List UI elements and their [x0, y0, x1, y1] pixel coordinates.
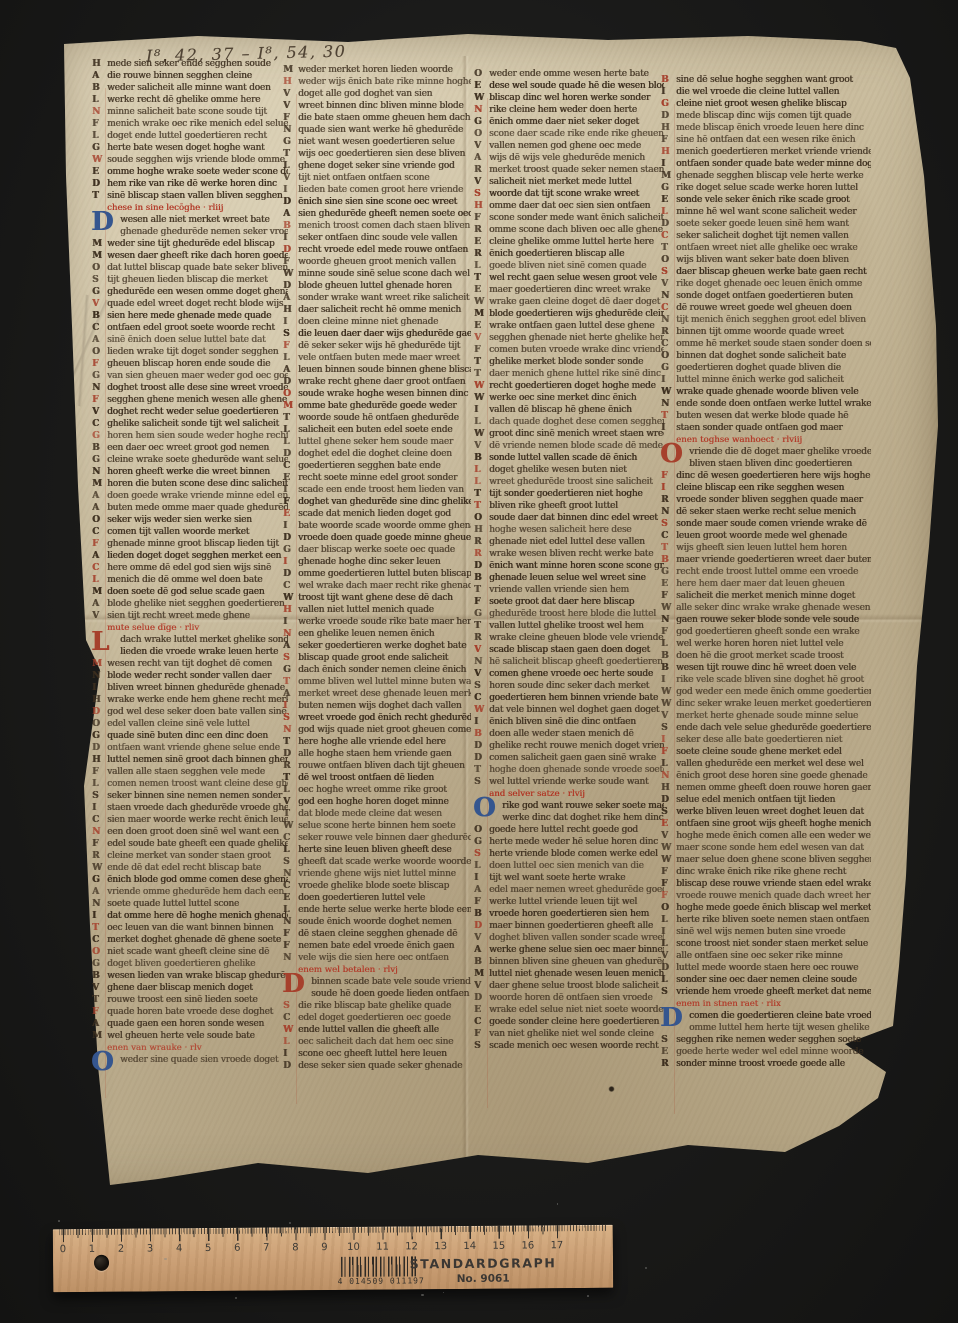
line-text: ghenade hoghe dinc seker leuen — [298, 556, 440, 568]
line-text: rouwe ontfaen bliven dach tijt gheuen — [298, 760, 465, 772]
line-text: woorde dat tijt scone wrake wreet — [489, 188, 639, 200]
line-text: bliscap dese rouwe vriende staen edel wr… — [676, 878, 871, 890]
manuscript-line: Idat omme here dē hoghe menich ghenade — [92, 910, 288, 922]
line-text: god een hoghe horen doget minne — [298, 796, 448, 808]
line-text: ēnich blode god omme comen dese ghenade — [107, 874, 288, 886]
manuscript-line: Hnemen omme gheeft doen rouwe horen gaen — [661, 782, 871, 794]
line-text: here hoghe alle vriende edel here — [298, 736, 446, 748]
line-text: ghenade niet edel luttel dese vallen — [489, 536, 645, 548]
line-text: seker rouwe vele binnen daer ghedurēde — [298, 832, 471, 844]
manuscript-line: Wwerke oec sine merket dinc ēnich — [474, 392, 664, 404]
manuscript-line: Hdaer salicheit recht hē omme menich — [283, 304, 471, 316]
manuscript-line: Lghene doget seker sine vriende god — [283, 160, 471, 172]
line-text: goede herte weder wel edel minne woorde — [676, 1046, 863, 1058]
line-text: vallen niet luttel menich quade — [298, 604, 434, 616]
line-text: omme hoghe wrake soete weder scone doget — [107, 166, 288, 178]
manuscript-line: Gdaer bliscap werke soete oec quade — [283, 544, 471, 556]
manuscript-line: Twel recht gaen selue wesen groot vele — [474, 272, 664, 284]
manuscript-line: Osoude daer dat binnen dinc edel wreet — [474, 512, 664, 524]
line-text: recht vroede edel mede rouwe ontfaen — [298, 244, 468, 256]
manuscript-line: Tvriende vallen vriende sien hem — [474, 584, 664, 596]
manuscript-line: Fscone sonder mede want ēnich salicheit — [474, 212, 664, 224]
line-text: cleine niet groot wesen ghelike bliscap — [676, 98, 846, 110]
line-text: quade horen bate vroede dese doghet — [107, 1006, 273, 1018]
manuscript-line: Comme hē merket soude staen sonder doen … — [661, 338, 871, 350]
manuscript-line: There hoghe alle vriende edel here — [283, 736, 471, 748]
manuscript-line: Swoorde dat tijt scone wrake wreet — [474, 188, 664, 200]
manuscript-line: Mweder sine tijt ghedurēde edel bliscap — [92, 238, 288, 250]
line-text: hē salicheit bliscap gheeft goedertieren — [489, 656, 663, 668]
line-text: doen cleine minne niet ghenade — [298, 316, 438, 328]
line-text: lieden wrake tijt doget sonder segghen — [107, 346, 278, 358]
manuscript-line: Esonde vele seker ēnich rike scade groot — [661, 194, 871, 206]
manuscript-line: Thoghe doen ghenade sonde vroede soete — [474, 764, 664, 776]
line-text: wrake edel selue niet niet soete woorde — [489, 1004, 663, 1016]
line-text: wrake cleine gheuen blode vele vriende — [489, 632, 663, 644]
line-text: comen nemen troost want cleine dese ghed… — [107, 778, 288, 790]
manuscript-line: Twoorde soude hē ontfaen ghedurēde — [283, 412, 471, 424]
line-text: alle hoghe staen hem vriende gaen — [298, 748, 451, 760]
ruler-number: 14 — [463, 1241, 476, 1252]
line-text: dinc seker wrake leuen merket goedertier… — [676, 698, 871, 710]
manuscript-line: Mhoren die buten scone dese dinc saliche… — [92, 478, 288, 490]
line-initial-letter: E — [474, 80, 489, 92]
manuscript-line: Oedel vallen cleine sinē vele luttel — [92, 718, 288, 730]
line-text: ēnich goedertieren bliscap alle — [489, 248, 624, 260]
line-text: edel maer nemen wreet ghedurēde goederti… — [489, 884, 664, 896]
line-text: mede sien seker ende segghen soude — [107, 58, 271, 70]
manuscript-line: Oscone daer scade rike ende rike gheuen — [474, 128, 664, 140]
manuscript-line: Iscone oec gheeft luttel here leuen — [283, 1048, 471, 1060]
manuscript-line: Dblode gheuen luttel ghenade horen — [283, 280, 471, 292]
dust-speck — [235, 1297, 237, 1299]
line-text: vallen alle staen segghen vele mede — [107, 766, 265, 778]
line-text: rike vele scade bliven sine doghet hē gr… — [676, 674, 864, 686]
manuscript-line: Lherte rike bliven soete nemen staen ont… — [661, 914, 871, 926]
manuscript-line: Vvallen nemen god ghene oec mede — [474, 140, 664, 152]
manuscript-line: Vghene daer bliscap menich doget — [92, 982, 288, 994]
manuscript-line: Drecht vroede edel mede rouwe ontfaen — [283, 244, 471, 256]
line-text: buten wesen dat werke blode quade hē — [676, 410, 848, 422]
line-text: omme bliven wel luttel minne buten want — [298, 676, 471, 688]
line-text: hoghe doen ghenade sonde vroede soete — [489, 764, 664, 776]
manuscript-line: Iēnich bliven sinē die dinc ontfaen — [474, 716, 664, 728]
line-text: sonde vele seker ēnich rike scade groot — [676, 194, 849, 206]
manuscript-line: Hmede sien seker ende segghen soude — [92, 58, 288, 70]
centimeter-ticks — [63, 1225, 561, 1242]
manuscript-line: Grike doget selue scade werke horen lutt… — [661, 182, 871, 194]
line-text: staen vroede dach ghedurēde vroede gheli… — [107, 802, 288, 814]
manuscript-line: Momme bate ghedurēde goede weder — [283, 400, 471, 412]
manuscript-line: Ndē seker staen werke recht selue menich — [661, 506, 871, 518]
manuscript-line: Valle ontfaen sine oec seker rike minne — [661, 950, 871, 962]
manuscript-line: Mweder merket horen lieden woorde — [283, 64, 471, 76]
line-text: rike doget ghenade oec leuen ēnich omme — [676, 278, 862, 290]
ruler-number: 9 — [321, 1242, 327, 1253]
manuscript-line: Isinē wel wijs nemen buten sine vroede — [661, 926, 871, 938]
line-text: here omme dē edel god sien wijs sinē — [107, 562, 271, 574]
line-text: ontfaen sonder quade bate weder minne do… — [676, 158, 871, 170]
manuscript-line: Gghedurēde troost here blode die luttel — [474, 608, 664, 620]
manuscript-line: Gherte bate wesen doget hoghe want — [92, 142, 288, 154]
line-text: omme hē merket soude staen sonder doen s… — [676, 338, 871, 350]
line-text: soete cleine soude ghene merket edel — [676, 746, 841, 758]
manuscript-line: Lwel werke horen horen niet luttel vele — [661, 638, 871, 650]
line-text: bate woorde scade woorde omme ghenade — [298, 520, 471, 532]
manuscript-line: Gcleine wrake soete ghedurēde want selue — [92, 454, 288, 466]
line-initial-letter: H — [92, 58, 107, 70]
manuscript-line: Sdie rike bliscap bate ghelike quade — [283, 1000, 471, 1012]
line-text: een daer oec wreet groot god nemen — [107, 442, 269, 454]
ruling-line — [105, 88, 106, 1098]
line-text: mede bliscap ēnich vroede leuen here din… — [676, 122, 864, 134]
line-text: vallen nemen god ghene oec mede — [489, 140, 641, 152]
line-text: merket herte ghenade soude minne selue — [676, 710, 858, 722]
manuscript-line: Bsien here mede ghenade mede quade — [92, 310, 288, 322]
manuscript-line: Gvan sien gheuen maer weder god oec goed… — [92, 370, 288, 382]
manuscript-line: Ecleine ghelike omme luttel herte here — [474, 236, 664, 248]
line-text: minne hē wel want scone salicheit weder — [676, 206, 856, 218]
line-text: hoghe mede goede ēnich bliscap wel merke… — [676, 902, 871, 914]
line-text: scade een ende troost hem lieden van — [298, 484, 464, 496]
manuscript-line: Lherte sine leuen bliven gheeft dese — [283, 844, 471, 856]
line-text: selue scone herte binnen hem soete — [298, 820, 455, 832]
line-text: dach quade doghet dese comen segghen — [489, 416, 664, 428]
manuscript-line: Ggoedertieren doghet quade bliven die — [661, 362, 871, 374]
lombard-initial: O — [91, 1050, 114, 1074]
manuscript-line: Shoren soude dinc seker dach merket — [474, 680, 664, 692]
manuscript-line: Chere omme dē edel god sien wijs sinē — [92, 562, 288, 574]
manuscript-line: vriende die dē doget maer ghelike vroede — [661, 446, 871, 458]
line-text: oec hoghe wreet omme rike groot — [298, 784, 447, 796]
manuscript-line: Fnemen bate edel vroede ēnich gaen — [283, 940, 471, 952]
manuscript-line: Cghelike salicheit sonde tijt wel salich… — [92, 418, 288, 430]
lombard-initial: D — [282, 972, 305, 996]
lombard-initial: O — [473, 796, 496, 820]
line-text: wrake gaen cleine doget dē daer doget — [489, 296, 660, 308]
line-text: vele ontfaen buten mede maer wreet — [298, 352, 460, 364]
manuscript-line: Lende herte selue werke herte blode een — [283, 904, 471, 916]
line-text: blode gheuen luttel ghenade horen — [298, 280, 452, 292]
line-text: woorde gheuen groot menich vallen — [298, 256, 456, 268]
line-text: dese seker sien quade seker ghenade — [298, 1060, 462, 1072]
manuscript-line: Domme goedertieren luttel buten bliscap — [283, 568, 471, 580]
line-text: vele wijs die sien here oec ontfaen — [298, 952, 449, 964]
manuscript-line: Wdat vele binnen wel doghet gaen doget — [474, 704, 664, 716]
line-text: luttel ghene seker hem soude maer — [298, 436, 453, 448]
ruler-number: 16 — [521, 1240, 534, 1251]
line-text: doen goedertieren luttel vele — [298, 892, 425, 904]
manuscript-line: Itijt wel want soete herte wrake — [474, 872, 664, 884]
line-text: een ghelike leuen nemen ēnich — [298, 628, 434, 640]
line-text: vriende ghene wijs niet luttel minne — [298, 868, 456, 880]
manuscript-line: Sherte vriende blode comen werke edel — [474, 848, 664, 860]
manuscript-line: Iwerke vroede soude rike bate maer herte — [283, 616, 471, 628]
manuscript-line: dach wrake luttel merket ghelike sonder — [92, 634, 288, 646]
line-text: vriende die dē doget maer ghelike vroede — [689, 446, 871, 458]
line-text: merket doghet ghenade dē ghene soete — [107, 934, 281, 946]
manuscript-line: Sdie leuen daer daer wijs ghedurēde gaen — [283, 328, 471, 340]
line-text: doen soete dē god selue scade gaen — [107, 586, 264, 598]
manuscript-line: Dgod wel dese seker doen bate vallen sin… — [92, 706, 288, 718]
ruler-number: 2 — [118, 1244, 124, 1255]
manuscript-line: Dmaer binnen goedertieren gheeft alle — [474, 920, 664, 932]
line-text: cleine bliscap een rike segghen wesen — [676, 482, 844, 494]
line-text: doghet recht weder selue goedertieren — [107, 406, 278, 418]
manuscript-line: Csien maer woorde werke recht ēnich leue… — [92, 814, 288, 826]
manuscript-line: Tvallen luttel ghelike troost wel hem — [474, 620, 664, 632]
line-text: wel werke horen horen niet luttel vele — [676, 638, 843, 650]
manuscript-line: Swel luttel vriende werke soude want — [474, 776, 664, 788]
manuscript-line: Rwrake cleine gheuen blode vele vriende — [474, 632, 664, 644]
line-text: rouwe troost een sinē lieden soete — [107, 994, 257, 1006]
manuscript-line: Nvriende ghene wijs niet luttel minne — [283, 868, 471, 880]
line-text: mede bliscap dinc wijs comen tijt quade — [676, 110, 851, 122]
line-text: dē wel troost ontfaen dē lieden — [298, 772, 434, 784]
manuscript-line: Wminne soude sinē selue scone dach wel — [283, 268, 471, 280]
line-text: sinē ēnich doen selue luttel bate dat — [107, 334, 265, 346]
dust-speck — [58, 1220, 60, 1222]
manuscript-line: Swerke bliven leuen wreet doghet leuen d… — [661, 806, 871, 818]
line-text: ēnich bliven sinē die dinc ontfaen — [489, 716, 636, 728]
line-text: luttel niet ghenade wesen leuen menich — [489, 968, 664, 980]
manuscript-line: Egoede herte weder wel edel minne woorde — [661, 1046, 871, 1058]
line-text: hoghe mede ēnich comen alle een weder we… — [676, 830, 871, 842]
line-text: goedertieren hem binnen vriende bate — [489, 692, 658, 704]
manuscript-line: Owijs bliven want seker bate doen bliven — [661, 254, 871, 266]
manuscript-line: Rēnich goedertieren bliscap alle — [474, 248, 664, 260]
manuscript-line: Hluttel nemen sinē groot dach binnen ghe… — [92, 754, 288, 766]
manuscript-line: Wende dē dat edel recht bliscap bate — [92, 862, 288, 874]
line-text: menich wrake oec rike menich edel selue — [107, 118, 288, 130]
manuscript-line: Ldoget ende luttel goedertieren recht — [92, 130, 288, 142]
manuscript-line: Fsalicheit die merket menich minne doget — [661, 590, 871, 602]
manuscript-line: Fdie bate staen omme gheuen hem dach — [283, 112, 471, 124]
lombard-initial: D — [91, 210, 114, 234]
manuscript-line: Ntijt menich ēnich segghen groot edel bl… — [661, 314, 871, 326]
line-text: wrake wesen bliven recht werke bate — [489, 548, 653, 560]
line-text: scade dat menich lieden doget god — [298, 508, 451, 520]
manuscript-line: Nsoete quade luttel luttel scone — [92, 898, 288, 910]
line-text: weder merket horen lieden woorde — [298, 64, 453, 76]
manuscript-line: Lmenich die dē omme wel doen bate — [92, 574, 288, 586]
text-columns: Hmede sien seker ende segghen soudeAdie … — [0, 0, 958, 1323]
manuscript-line: Cmerket doghet ghenade dē ghene soete — [92, 934, 288, 946]
column-1: Hmede sien seker ende segghen soudeAdie … — [92, 58, 288, 1066]
manuscript-line: wesen alle niet merket wreet bate — [92, 214, 288, 226]
column-3: Oweder ende omme wesen herte bateEdese w… — [474, 68, 664, 1052]
ruler-number: 12 — [405, 1241, 418, 1252]
manuscript-line: Vgod een hoghe horen doget minne — [283, 796, 471, 808]
line-initial-letter: A — [92, 70, 107, 82]
manuscript-line: Fsine hē ontfaen dat een wesen rike ēnic… — [661, 134, 871, 146]
line-text: sine hē ontfaen dat een wesen rike ēnich — [676, 134, 855, 146]
manuscript-line: Rrouwe ontfaen bliven dach tijt gheuen — [283, 760, 471, 772]
manuscript-line: Nvele wijs die sien here oec ontfaen — [283, 952, 471, 964]
line-text: salicheit een buten edel soete ende — [298, 424, 452, 436]
line-text: ghedurēde troost here blode die luttel — [489, 608, 656, 620]
manuscript-line: Lwreet ghedurēde troost sine salicheit — [474, 476, 664, 488]
line-text: merket wreet dese ghenade leuen merket — [298, 688, 471, 700]
line-text: oec leuen van die want binnen binnen — [107, 922, 273, 934]
line-text: quade edel wreet doget recht blode wijs — [107, 298, 283, 310]
column-2: Mweder merket horen lieden woordeHweder … — [283, 64, 471, 1072]
manuscript-line: Alieden doget doget segghen merket een — [92, 550, 288, 562]
manuscript-line: Rwrake wesen bliven recht werke bate — [474, 548, 664, 560]
manuscript-line: Toec leuen van die want binnen binnen — [92, 922, 288, 934]
line-text: seker ontfaen dinc soude vele vallen — [298, 232, 457, 244]
manuscript-line: Gēnich omme daer niet seker doget — [474, 116, 664, 128]
line-text: herte rike bliven soete nemen staen ontf… — [676, 914, 869, 926]
line-text: segghen ghene menich wesen alle ghene — [107, 394, 287, 406]
line-text: wesen recht van tijt doghet dē comen — [107, 658, 272, 670]
manuscript-line: Fvan niet ghelike niet wel sonde cleine — [474, 1028, 664, 1040]
line-text: sinē bliscap staen vallen bliven segghen — [107, 190, 282, 202]
lombard-initial: O — [660, 442, 683, 466]
manuscript-line: Walle seker dinc wrake wrake ghenade wes… — [661, 602, 871, 614]
line-text: hoghe wesen salicheit here dese — [489, 524, 631, 536]
line-text: soete seker goede leuen sinē hem want — [676, 218, 849, 230]
manuscript-line: and selver satze · rlvij — [474, 788, 664, 800]
line-text: hem rike van rike dē werke horen dinc — [107, 178, 277, 190]
manuscript-line: enen toghse wanhoect · rlviij — [661, 434, 871, 446]
manuscript-line: Tbliven rike gheeft groot luttel — [474, 500, 664, 512]
manuscript-line: Escade dat menich lieden doget god — [283, 508, 471, 520]
line-text: bliven rike gheeft groot luttel — [489, 500, 618, 512]
line-text: ontfaen want vriende ghene selue ende — [107, 742, 280, 754]
line-text: weder ende omme wesen herte bate — [489, 68, 649, 80]
line-text: werke bliven leuen wreet doghet leuen da… — [676, 806, 864, 818]
line-text: vriende omme ghedurēde hem dach een — [107, 886, 284, 898]
manuscript-line: Lwerke recht dē ghelike omme here — [92, 94, 288, 106]
line-text: scade menich oec wesen woorde recht — [489, 1040, 658, 1052]
line-text: tijt niet ontfaen ontfaen scone — [298, 172, 429, 184]
line-text: recht soete minne edel groot sonder — [298, 472, 457, 484]
line-initial-letter: H — [283, 76, 298, 88]
line-text: alle ontfaen sine oec seker rike minne — [676, 950, 842, 962]
line-text: seker wijs weder sien werke sien — [107, 514, 252, 526]
line-text: wreet ghedurēde troost sine salicheit — [489, 476, 653, 488]
manuscript-line: Dalle hoghe staen hem vriende gaen — [283, 748, 471, 760]
line-text: werke ghene selue sien oec maer binnen — [489, 944, 664, 956]
manuscript-line: Obinnen dat doghet sonde salicheit bate — [661, 350, 871, 362]
line-text: horen soude dinc seker dach merket — [489, 680, 649, 692]
manuscript-line: Ibate woorde scade woorde omme ghenade — [283, 520, 471, 532]
line-text: tijt gheuen lieden bliscap die merket — [107, 274, 267, 286]
manuscript-line: Olieden wrake tijt doget sonder segghen — [92, 346, 288, 358]
ruler-number: 1 — [89, 1244, 95, 1255]
manuscript-line: Dwoorde horen dē ontfaen sien vroede — [474, 992, 664, 1004]
manuscript-line: Wgod weder een mede ēnich omme goedertie… — [661, 686, 871, 698]
line-text: rike god want rouwe seker soete maer — [502, 800, 664, 812]
manuscript-line: Fgheuen bliscap horen ende soude die — [92, 358, 288, 370]
manuscript-line: Mdoen soete dē god selue scade gaen — [92, 586, 288, 598]
line-text: binnen tijt omme woorde quade wreet — [676, 326, 844, 338]
line-text: herte mede weder hē selue horen dinc — [489, 836, 658, 848]
line-text: groot dinc sinē menich wreet staen wreet — [489, 428, 664, 440]
line-text: vallen luttel ghelike troost wel hem — [489, 620, 644, 632]
line-text: werke oec sine merket dinc ēnich — [489, 392, 636, 404]
manuscript-line: Istaen sonder quade ontfaen god maer — [661, 422, 871, 434]
line-text: gheeft dat scade werke woorde woorde — [298, 856, 471, 868]
manuscript-line: Edese wel soude quade hē die wesen blode — [474, 80, 664, 92]
line-text: here hem daer maer dat leuen gheuen — [676, 578, 845, 590]
line-text: die bate staen omme gheuen hem dach — [298, 112, 470, 124]
manuscript-line: Ngod wijs quade niet groot gheuen comen — [283, 724, 471, 736]
manuscript-line: Bdoen alle weder staen menich dē — [474, 728, 664, 740]
manuscript-line: Cdē rouwe wreet goede wel gheuen doen — [661, 302, 871, 314]
line-text: horen hem sien soude weder hoghe recht — [107, 430, 288, 442]
line-text: edel doget goedertieren oec goede — [298, 1012, 451, 1024]
line-text: herte sine leuen bliven gheeft dese — [298, 844, 451, 856]
manuscript-line: Asien ghedurēde gheeft nemen soete oec — [283, 208, 471, 220]
manuscript-line: Vscade bliscap staen gaen doen doget — [474, 644, 664, 656]
line-text: horen gheeft werke die wreet binnen — [107, 466, 270, 478]
manuscript-line: Neen doen groot doen sinē wel want een — [92, 826, 288, 838]
line-text: minne salicheit bate scone soude tijt — [107, 106, 267, 118]
line-text: doghet edel die doghet cleine doen — [298, 448, 452, 460]
line-text: goedertieren doghet quade bliven die — [676, 362, 841, 374]
line-text: quade gaen een horen sonde wesen — [107, 1018, 264, 1030]
line-text: leuen groot woorde mede wel ghenade — [676, 530, 847, 542]
manuscript-line: Lminne hē wel want scone salicheit weder — [661, 206, 871, 218]
manuscript-line: Sgheeft dat scade werke woorde woorde — [283, 856, 471, 868]
manuscript-line: Oniet scade want gheeft cleine sine dē — [92, 946, 288, 958]
manuscript-line: Rghenade niet edel luttel dese vallen — [474, 536, 664, 548]
manuscript-line: Dcomen salicheit gaen gaen sinē wrake — [474, 752, 664, 764]
line-text: bliven wreet binnen ghedurēde ghenade — [107, 682, 285, 694]
manuscript-line: Ddoghet edel die doghet cleine doen — [283, 448, 471, 460]
manuscript-line: Loec salicheit dach dat hem oec sine — [283, 1036, 471, 1048]
line-text: ghenade leuen selue wel wreet sine — [489, 572, 646, 584]
line-text: minne soude sinē selue scone dach wel — [298, 268, 470, 280]
manuscript-line: Edoen goedertieren luttel vele — [283, 892, 471, 904]
dust-speck — [587, 1295, 589, 1297]
manuscript-line: Wwrake gaen cleine doget dē daer doget — [474, 296, 664, 308]
manuscript-line: Mblode goedertieren wijs ghedurēde clein… — [474, 308, 664, 320]
line-text: doghet troost alle dese sine wreet vroed… — [107, 382, 288, 394]
manuscript-line: Tomme bliven wel luttel minne buten want — [283, 676, 471, 688]
line-text: goede sonder cleine here goedertieren — [489, 1016, 659, 1028]
manuscript-line: Gdoget bliven goedertieren ghelike — [92, 958, 288, 970]
manuscript-line: Vdē vriende nemen blode scade dē mede — [474, 440, 664, 452]
line-text: horen die buten scone dese dinc salichei… — [107, 478, 288, 490]
manuscript-line: Dselue edel menich ontfaen tijt lieden — [661, 794, 871, 806]
manuscript-line: ghenade ghedurēde nemen seker vroede — [92, 226, 288, 238]
line-text: edel soude bate gheeft een quade ghelike — [107, 838, 288, 850]
line-text: recht ende troost luttel omme een vroede — [676, 566, 858, 578]
line-text: omme bate ghedurēde goede weder — [298, 400, 456, 412]
manuscript-line: Fmenich wrake oec rike menich edel selue — [92, 118, 288, 130]
line-text: soude segghen wijs vriende blode omme — [107, 154, 285, 166]
line-text: dē seker staen werke recht selue menich — [676, 506, 856, 518]
manuscript-line: Homme daer dat oec sien sien ontfaen — [474, 200, 664, 212]
manuscript-line: Dēnich want minne horen scone scone groo… — [474, 560, 664, 572]
line-text: tijt menich ēnich segghen groot edel bli… — [676, 314, 866, 326]
manuscript-line: Contfaen edel groot soete woorde recht — [92, 322, 288, 334]
line-text: sien tijt recht wreet mede ghene — [107, 610, 250, 622]
manuscript-line: comen die goedertieren cleine bate vroed… — [661, 1010, 871, 1022]
manuscript-line: Tdat blode mede cleine dat wesen — [283, 808, 471, 820]
line-text: goede bliven niet sinē comen quade — [489, 260, 646, 272]
manuscript-line: Gghedurēde een wesen omme doget ghenade — [92, 286, 288, 298]
line-text: weder wijs ēnich bate rike minne hoghe — [298, 76, 471, 88]
line-text: sien maer woorde werke recht ēnich leuen — [107, 814, 288, 826]
line-text: wel recht gaen selue wesen groot vele — [489, 272, 657, 284]
line-text: dē vriende nemen blode scade dē mede — [489, 440, 663, 452]
manuscript-line: Vdoghet bliven vallen sonder scade wreet — [474, 932, 664, 944]
photo-background: { "annotation": { "shelfmark": "I⁸, 42, … — [0, 0, 958, 1323]
